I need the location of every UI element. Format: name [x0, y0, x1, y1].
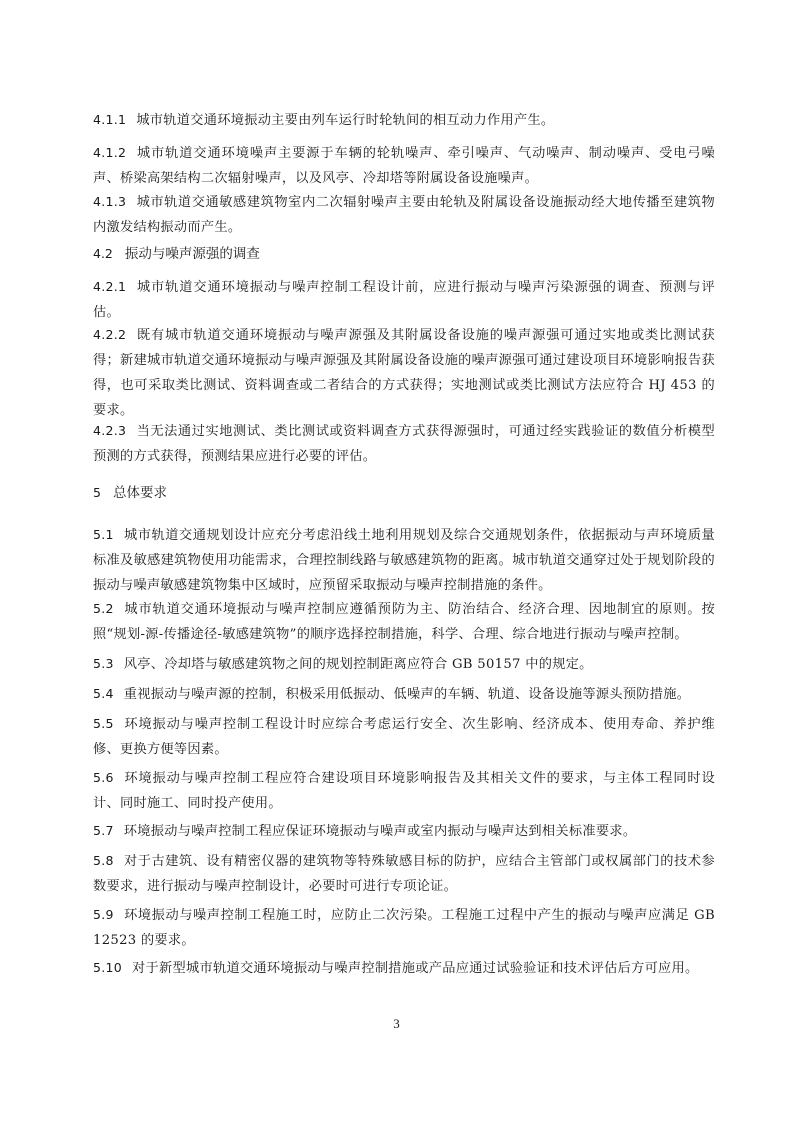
clause-number: 4.2.1: [93, 279, 126, 294]
heading-number: 4.2: [93, 246, 113, 261]
clause-5-1: 5.1城市轨道交通规划设计应充分考虑沿线土地利用规划及综合交通规划条件，依据振动…: [93, 522, 715, 598]
clause-5-7: 5.7环境振动与噪声控制工程应保证环境振动与噪声或室内振动与噪声达到相关标准要求…: [93, 818, 715, 844]
clause-text: 对于新型城市轨道交通环境振动与噪声控制措施或产品应通过试验验证和技术评估后方可应…: [132, 961, 698, 976]
clause-number: 5.9: [93, 907, 114, 922]
clause-number: 5.8: [93, 853, 114, 868]
heading-text: 总体要求: [113, 485, 167, 501]
clause-5-10: 5.10对于新型城市轨道交通环境振动与噪声控制措施或产品应通过试验验证和技术评估…: [93, 955, 715, 981]
clause-text: 既有城市轨道交通环境振动与噪声源强及其附属设备设施的噪声源强可通过实地或类比测试…: [93, 328, 715, 418]
clause-text: 环境振动与噪声控制工程应保证环境振动与噪声或室内振动与噪声达到相关标准要求。: [124, 824, 637, 839]
clause-4-2-3: 4.2.3当无法通过实地测试、类比测试或资料调查方式获得源强时，可通过经实践验证…: [93, 418, 715, 469]
clause-text: 城市轨道交通敏感建筑物室内二次辐射噪声主要由轮轨及附属设备设施振动经大地传播至建…: [93, 195, 715, 235]
clause-5-6: 5.6环境振动与噪声控制工程应符合建设项目环境影响报告及其相关文件的要求，与主体…: [93, 765, 715, 816]
clause-4-2-1: 4.2.1城市轨道交通环境振动与噪声控制工程设计前，应进行振动与噪声污染源强的调…: [93, 274, 715, 325]
clause-text: 当无法通过实地测试、类比测试或资料调查方式获得源强时，可通过经实践验证的数值分析…: [93, 424, 715, 464]
clause-number: 5.10: [93, 960, 122, 975]
clause-4-2-2: 4.2.2既有城市轨道交通环境振动与噪声源强及其附属设备设施的噪声源强可通过实地…: [93, 322, 715, 423]
clause-number: 4.1.1: [93, 112, 126, 127]
clause-number: 4.2.2: [93, 327, 126, 342]
clause-text: 环境振动与噪声控制工程应符合建设项目环境影响报告及其相关文件的要求，与主体工程同…: [93, 771, 715, 811]
clause-number: 5.2: [93, 601, 114, 616]
clause-text: 环境振动与噪声控制工程施工时，应防止二次污染。工程施工过程中产生的振动与噪声应满…: [93, 908, 715, 948]
clause-text: 城市轨道交通环境振动与噪声控制工程设计前，应进行振动与噪声污染源强的调查、预测与…: [93, 280, 715, 320]
clause-5-2: 5.2城市轨道交通环境振动与噪声控制应遵循预防为主、防治结合、经济合理、因地制宜…: [93, 596, 715, 647]
clause-text: 环境振动与噪声控制工程设计时应综合考虑运行安全、次生影响、经济成本、使用寿命、养…: [93, 717, 715, 757]
clause-text: 城市轨道交通规划设计应充分考虑沿线土地利用规划及综合交通规划条件，依据振动与声环…: [93, 528, 715, 593]
clause-number: 5.4: [93, 686, 114, 701]
clause-5-4: 5.4重视振动与噪声源的控制，积极采用低振动、低噪声的车辆、轨道、设备设施等源头…: [93, 681, 715, 707]
clause-5-9: 5.9环境振动与噪声控制工程施工时，应防止二次污染。工程施工过程中产生的振动与噪…: [93, 902, 715, 953]
clause-number: 5.3: [93, 656, 114, 671]
clause-4-1-3: 4.1.3城市轨道交通敏感建筑物室内二次辐射噪声主要由轮轨及附属设备设施振动经大…: [93, 189, 715, 240]
clause-4-1-1: 4.1.1城市轨道交通环境振动主要由列车运行时轮轨间的相互动力作用产生。: [93, 107, 715, 133]
section-heading-5: 5总体要求: [93, 482, 167, 504]
clause-5-8: 5.8对于古建筑、设有精密仪器的建筑物等特殊敏感目标的防护，应结合主管部门或权属…: [93, 848, 715, 899]
clause-text: 对于古建筑、设有精密仪器的建筑物等特殊敏感目标的防护，应结合主管部门或权属部门的…: [93, 854, 715, 894]
clause-text: 风亭、冷却塔与敏感建筑物之间的规划控制距离应符合 GB 50157 中的规定。: [124, 657, 593, 672]
heading-number: 5: [93, 485, 101, 500]
clause-number: 4.1.3: [93, 194, 126, 209]
clause-number: 5.7: [93, 823, 114, 838]
clause-number: 5.5: [93, 716, 114, 731]
clause-text: 重视振动与噪声源的控制，积极采用低振动、低噪声的车辆、轨道、设备设施等源头预防措…: [124, 687, 690, 702]
document-page: 4.1.1城市轨道交通环境振动主要由列车运行时轮轨间的相互动力作用产生。 4.1…: [0, 0, 793, 1122]
section-heading-4-2: 4.2振动与噪声源强的调查: [93, 243, 260, 265]
heading-text: 振动与噪声源强的调查: [125, 246, 260, 262]
clause-4-1-2: 4.1.2城市轨道交通环境噪声主要源于车辆的轮轨噪声、牵引噪声、气动噪声、制动噪…: [93, 140, 715, 191]
clause-text: 城市轨道交通环境振动与噪声控制应遵循预防为主、防治结合、经济合理、因地制宜的原则…: [93, 602, 715, 642]
clause-5-5: 5.5环境振动与噪声控制工程设计时应综合考虑运行安全、次生影响、经济成本、使用寿…: [93, 711, 715, 762]
clause-text: 城市轨道交通环境振动主要由列车运行时轮轨间的相互动力作用产生。: [136, 113, 554, 128]
clause-number: 5.6: [93, 770, 114, 785]
clause-text: 城市轨道交通环境噪声主要源于车辆的轮轨噪声、牵引噪声、气动噪声、制动噪声、受电弓…: [93, 146, 715, 186]
clause-number: 4.2.3: [93, 423, 126, 438]
clause-number: 4.1.2: [93, 145, 126, 160]
clause-5-3: 5.3风亭、冷却塔与敏感建筑物之间的规划控制距离应符合 GB 50157 中的规…: [93, 651, 715, 677]
clause-number: 5.1: [93, 527, 114, 542]
page-number: 3: [0, 1016, 793, 1032]
